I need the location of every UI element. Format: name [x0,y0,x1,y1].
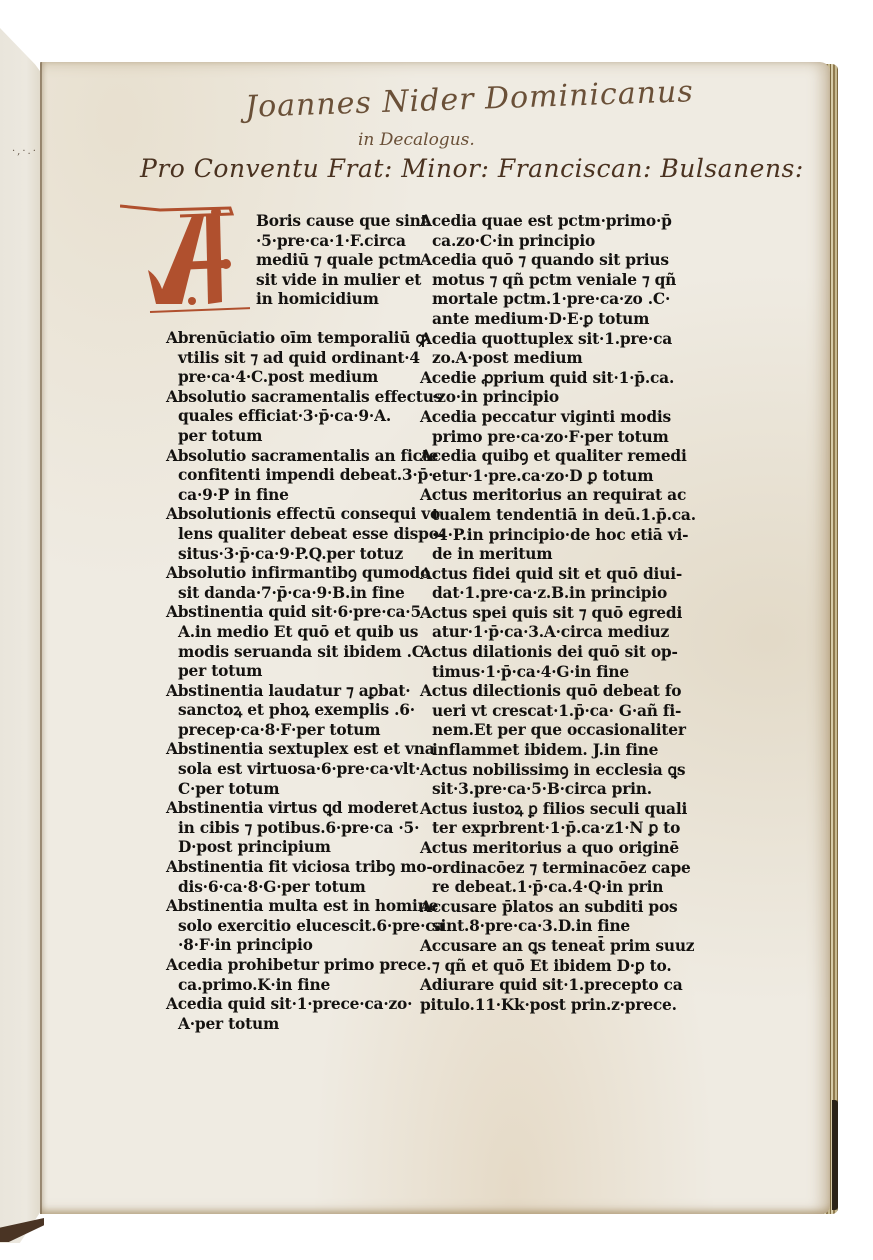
entry-line: Accusare an ꝗs teneat̄ prim suuz [420,937,682,957]
entry-line: Abstinentia quid sit·6·pre·ca·5 [166,603,416,623]
entry-line: Actus meritorius an requirat ac [420,486,682,506]
entry-line: Absolutio sacramentalis an ficte [166,447,416,467]
entry-line: Adiurare quid sit·1.precepto ca [420,976,682,996]
entry-line: Boris cause que sint [256,212,428,232]
entry-line: Absolutionis effectū consequi vo [166,505,416,525]
facing-leaf-edge: ·,·.· [0,28,44,1243]
entry-line: ·zo·in principio [420,388,682,408]
manuscript-author-note: Joannes Nider Dominicanus [245,74,695,125]
entry-line: ·5·pre·ca·1·F.circa [256,232,428,252]
index-entry: Acedia quottuplex sit·1.pre·ca zo.A·post… [420,330,682,369]
entry-line: Abstinentia multa est in homine [166,897,416,917]
entry-line: Accusare p̄latos an subditi pos [420,898,682,918]
index-entry: Acedia quae est pctm·primo·p̄ ca.zo·C·in… [420,212,682,251]
entry-line: re debeat.1·p̄·ca.4·Q·in prin [420,878,682,898]
entry-line: Acedia quid sit·1·prece·ca·zo· [166,995,416,1015]
index-entry: Absolutionis effectū consequi vo lens qu… [166,505,416,564]
binding-board-edge [832,1100,838,1210]
entry-line: situs·3·p̄·ca·9·P.Q.per totuz [166,545,416,565]
entry-line: A·per totum [166,1015,416,1035]
index-entry: Absolutio sacramentalis an ficte confite… [166,447,416,506]
index-entry: Abrenūciatio oīm temporaliū ꝙ vtilis sit… [166,329,416,388]
index-entry: Accusare an ꝗs teneat̄ prim suuz ⁊ qñ et… [420,937,682,976]
entry-line: primo pre·ca·zo·F·per totum [420,428,682,448]
index-entry: Accusare p̄latos an subditi pos sint.8·p… [420,898,682,937]
index-entry: Actus fidei quid sit et quō diui- dat·1.… [420,565,682,604]
gutter-line [40,62,42,1214]
entry-line: in cibis ⁊ potibus.6·pre·ca ·5· [166,819,416,839]
index-entry: Actus dilationis dei quō sit op- timus·1… [420,643,682,682]
entry-line: Actus nobilissimꝯ in ecclesia ꝗs [420,761,682,781]
index-entry: Acedia quibꝯ et qualiter remedi etur·1·p… [420,447,682,486]
entry-line: ca.primo.K·in fine [166,976,416,996]
entry-line: Absolutio infirmantibꝯ qumodo [166,564,416,584]
rubricated-initial-a-icon [120,200,250,320]
entry-line: in homicidium [256,290,428,310]
index-entry: Adiurare quid sit·1.precepto ca pitulo.1… [420,976,682,1015]
entry-line: Acedie ꝓprium quid sit·1·p̄.ca. [420,369,682,389]
index-entry: Absolutio sacramentalis effectus quales … [166,388,416,447]
entry-line: Actus meritorius a quo originē [420,839,682,859]
manuscript-provenance-inscription: Pro Conventu Frat: Minor: Franciscan: Bu… [140,154,804,183]
book-photograph: ·,·.· Joannes Nider Dominicanus in Decal… [0,0,873,1260]
entry-line: sint.8·pre·ca·3.D.in fine [420,917,682,937]
entry-line: ca.zo·C·in principio [420,232,682,252]
entry-line: sit danda·7·p̄·ca·9·B.in fine [166,584,416,604]
entry-line: A.in medio Et quō et quib us [166,623,416,643]
index-entry: Abstinentia quid sit·6·pre·ca·5 A.in med… [166,603,416,681]
entry-line: solo exercitio elucescit.6·pre·ca [166,917,416,937]
index-entry: Actus spei quis sit ⁊ quō egredi atur·1·… [420,604,682,643]
entry-line: dat·1.pre·ca·z.B.in principio [420,584,682,604]
index-entry: Actus meritorius a quo originē ordinacōe… [420,839,682,898]
entry-line: Abstinentia virtus ꝗd moderet [166,799,416,819]
entry-line: ueri vt crescat·1.p̄·ca· G·añ fi- [420,702,682,722]
entry-line: sanctoꝝ et phoꝝ exemplis .6· [166,701,416,721]
index-entry: Boris cause que sint ·5·pre·ca·1·F.circa… [166,212,416,329]
entry-line: Acedia quibꝯ et qualiter remedi [420,447,682,467]
index-entry: Abstinentia virtus ꝗd moderet in cibis ⁊… [166,799,416,858]
entry-line: ca·9·P in fine [166,486,416,506]
entry-line: Abstinentia fit viciosa tribꝯ mo- [166,858,416,878]
entry-line: Abstinentia laudatur ⁊ aꝑbat· [166,682,416,702]
entry-line: D·post principium [166,838,416,858]
entry-line: etur·1·pre.ca·zo·D ꝑ totum [420,467,682,487]
index-entry: Actus iustoꝝ ꝑ filios seculi quali ter e… [420,800,682,839]
index-entry: Acedie ꝓprium quid sit·1·p̄.ca. ·zo·in p… [420,369,682,408]
entry-line: lens qualiter debeat esse dispo- [166,525,416,545]
entry-line: sit·3.pre·ca·5·B·circa prin. [420,780,682,800]
entry-line: mediū ⁊ quale pctm [256,251,428,271]
index-entry: Acedia quō ⁊ quando sit prius motus ⁊ qñ… [420,251,682,329]
entry-line: tualem tendentiā in deū.1.p̄.ca. [420,506,682,526]
index-entry: Acedia peccatur viginti modis primo pre·… [420,408,682,447]
entry-line: Abrenūciatio oīm temporaliū ꝙ [166,329,416,349]
entry-line: sit vide in mulier et [256,271,428,291]
entry-line: sola est virtuosa·6·pre·ca·vlt· [166,760,416,780]
entry-line: ter exprbrent·1·p̄.ca·z1·N ꝑ to [420,819,682,839]
entry-line: motus ⁊ qñ pctm veniale ⁊ qñ [420,271,682,291]
entry-line: Actus fidei quid sit et quō diui- [420,565,682,585]
entry-line: per totum [166,662,416,682]
entry-line: Actus dilectionis quō debeat fo [420,682,682,702]
entry-text: Boris cause que sint ·5·pre·ca·1·F.circa… [256,212,428,310]
entry-line: per totum [166,427,416,447]
index-entry: Actus dilectionis quō debeat fo ueri vt … [420,682,682,760]
index-entry: Abstinentia sextuplex est et vna sola es… [166,740,416,799]
entry-line: confitenti impendi debeat.3·p̄· [166,466,416,486]
entry-line: vtilis sit ⁊ ad quid ordinant·4 [166,349,416,369]
entry-line: timus·1·p̄·ca·4·G·in fine [420,663,682,683]
entry-line: ·4·P.in principio·de hoc etiā vi- [420,526,682,546]
entry-line: Abstinentia sextuplex est et vna [166,740,416,760]
entry-line: modis seruanda sit ibidem .C· [166,643,416,663]
entry-line: zo.A·post medium [420,349,682,369]
facing-leaf-marks: ·,·.· [12,146,40,206]
index-entry: Actus nobilissimꝯ in ecclesia ꝗs sit·3.p… [420,761,682,800]
index-entry: Abstinentia multa est in homine solo exe… [166,897,416,956]
index-column-right: Acedia quae est pctm·primo·p̄ ca.zo·C·in… [420,212,682,1015]
entry-line: nem.Et per que occasionaliter [420,721,682,741]
entry-line: Actus iustoꝝ ꝑ filios seculi quali [420,800,682,820]
entry-line: Actus spei quis sit ⁊ quō egredi [420,604,682,624]
index-entry: Acedia quid sit·1·prece·ca·zo· A·per tot… [166,995,416,1034]
manuscript-work-note: in Decalogus. [358,130,475,150]
index-entry: Actus meritorius an requirat ac tualem t… [420,486,682,564]
entry-line: Acedia peccatur viginti modis [420,408,682,428]
entry-line: inflammet ibidem. J.in fine [420,741,682,761]
entry-line: ante medium·D·E·ꝑ totum [420,310,682,330]
entry-line: Acedia quae est pctm·primo·p̄ [420,212,682,232]
entry-line: dis·6·ca·8·G·per totum [166,878,416,898]
index-entry: Abstinentia fit viciosa tribꝯ mo- dis·6·… [166,858,416,897]
entry-line: de in meritum [420,545,682,565]
entry-line: ordinacōez ⁊ terminacōez cape [420,859,682,879]
entry-line: precep·ca·8·F·per totum [166,721,416,741]
entry-line: mortale pctm.1·pre·ca·zo .C· [420,290,682,310]
entry-line: ·8·F·in principio [166,936,416,956]
entry-line: atur·1·p̄·ca·3.A·circa mediuz [420,623,682,643]
index-entry: Abstinentia laudatur ⁊ aꝑbat· sanctoꝝ et… [166,682,416,741]
index-entry: Acedia prohibetur primo prece. ca.primo.… [166,956,416,995]
printed-leaf: Joannes Nider Dominicanus in Decalogus. … [40,62,830,1214]
entry-line: C·per totum [166,780,416,800]
entry-line: ⁊ qñ et quō Et ibidem D·ꝑ to. [420,957,682,977]
entry-line: Absolutio sacramentalis effectus [166,388,416,408]
entry-line: Actus dilationis dei quō sit op- [420,643,682,663]
index-column-left: Boris cause que sint ·5·pre·ca·1·F.circa… [166,212,416,1034]
entry-line: Acedia quottuplex sit·1.pre·ca [420,330,682,350]
entry-line: Acedia quō ⁊ quando sit prius [420,251,682,271]
entry-line: quales efficiat·3·p̄·ca·9·A. [166,407,416,427]
entry-line: pre·ca·4·C.post medium [166,368,416,388]
index-entry: Absolutio infirmantibꝯ qumodo sit danda·… [166,564,416,603]
entry-line: Acedia prohibetur primo prece. [166,956,416,976]
entry-line: pitulo.11·Kk·post prin.z·prece. [420,996,682,1016]
